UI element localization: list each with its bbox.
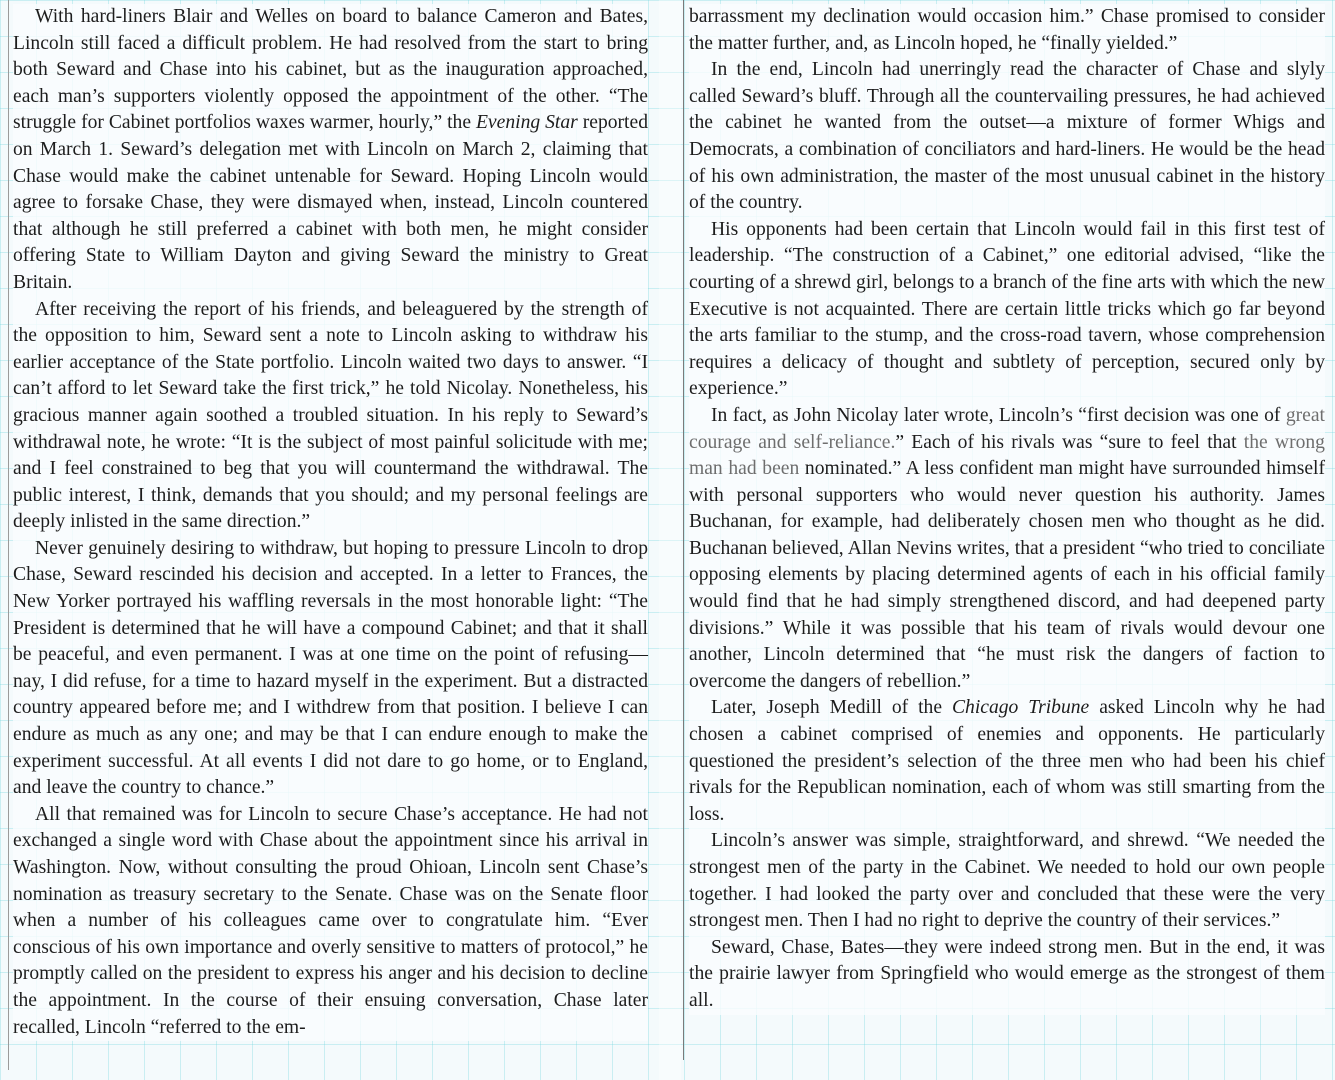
paragraph: Seward, Chase, Bates—they were indeed st… (689, 935, 1325, 1015)
text-segment: In the end, Lincoln had unerringly read … (689, 59, 1325, 213)
paragraph: Never genuinely desiring to withdraw, bu… (13, 536, 648, 802)
text-segment: All that remained was for Lincoln to sec… (13, 804, 648, 1038)
text-segment: In fact, as John Nicolay later wrote, Li… (711, 405, 1286, 426)
paragraph: After receiving the report of his friend… (13, 297, 648, 536)
text-segment: After receiving the report of his friend… (13, 299, 648, 533)
paragraph: Lincoln’s answer was simple, straightfor… (689, 828, 1325, 934)
text-segment: Lincoln’s answer was simple, straightfor… (689, 830, 1325, 931)
right-page: barrassment my declination would occasio… (682, 0, 1335, 1080)
right-page-text: barrassment my declination would occasio… (689, 4, 1325, 1015)
italic-title-text: Chicago Tribune (952, 697, 1089, 718)
text-segment: Never genuinely desiring to withdraw, bu… (13, 538, 648, 798)
paragraph: His opponents had been certain that Linc… (689, 217, 1325, 403)
text-segment: reported on March 1. Seward’s delegation… (13, 112, 648, 293)
left-page-text: With hard-liners Blair and Welles on boa… (13, 4, 648, 1041)
paragraph: With hard-liners Blair and Welles on boa… (13, 4, 648, 297)
text-segment: Seward, Chase, Bates—they were indeed st… (689, 937, 1325, 1011)
italic-title-text: Evening Star (476, 112, 578, 133)
paragraph: In fact, as John Nicolay later wrote, Li… (689, 403, 1325, 696)
text-segment: nominated.” A less confident man might h… (689, 458, 1325, 692)
paragraph: In the end, Lincoln had unerringly read … (689, 57, 1325, 217)
text-segment: Later, Joseph Medill of the (711, 697, 952, 718)
text-segment: His opponents had been certain that Linc… (689, 219, 1325, 400)
left-page: With hard-liners Blair and Welles on boa… (0, 0, 668, 1080)
paragraph: Later, Joseph Medill of the Chicago Trib… (689, 695, 1325, 828)
text-segment: barrassment my declination would occasio… (689, 6, 1325, 54)
text-segment: ” Each of his rivals was “sure to feel t… (895, 432, 1243, 453)
paragraph: All that remained was for Lincoln to sec… (13, 802, 648, 1041)
paragraph: barrassment my declination would occasio… (689, 4, 1325, 57)
